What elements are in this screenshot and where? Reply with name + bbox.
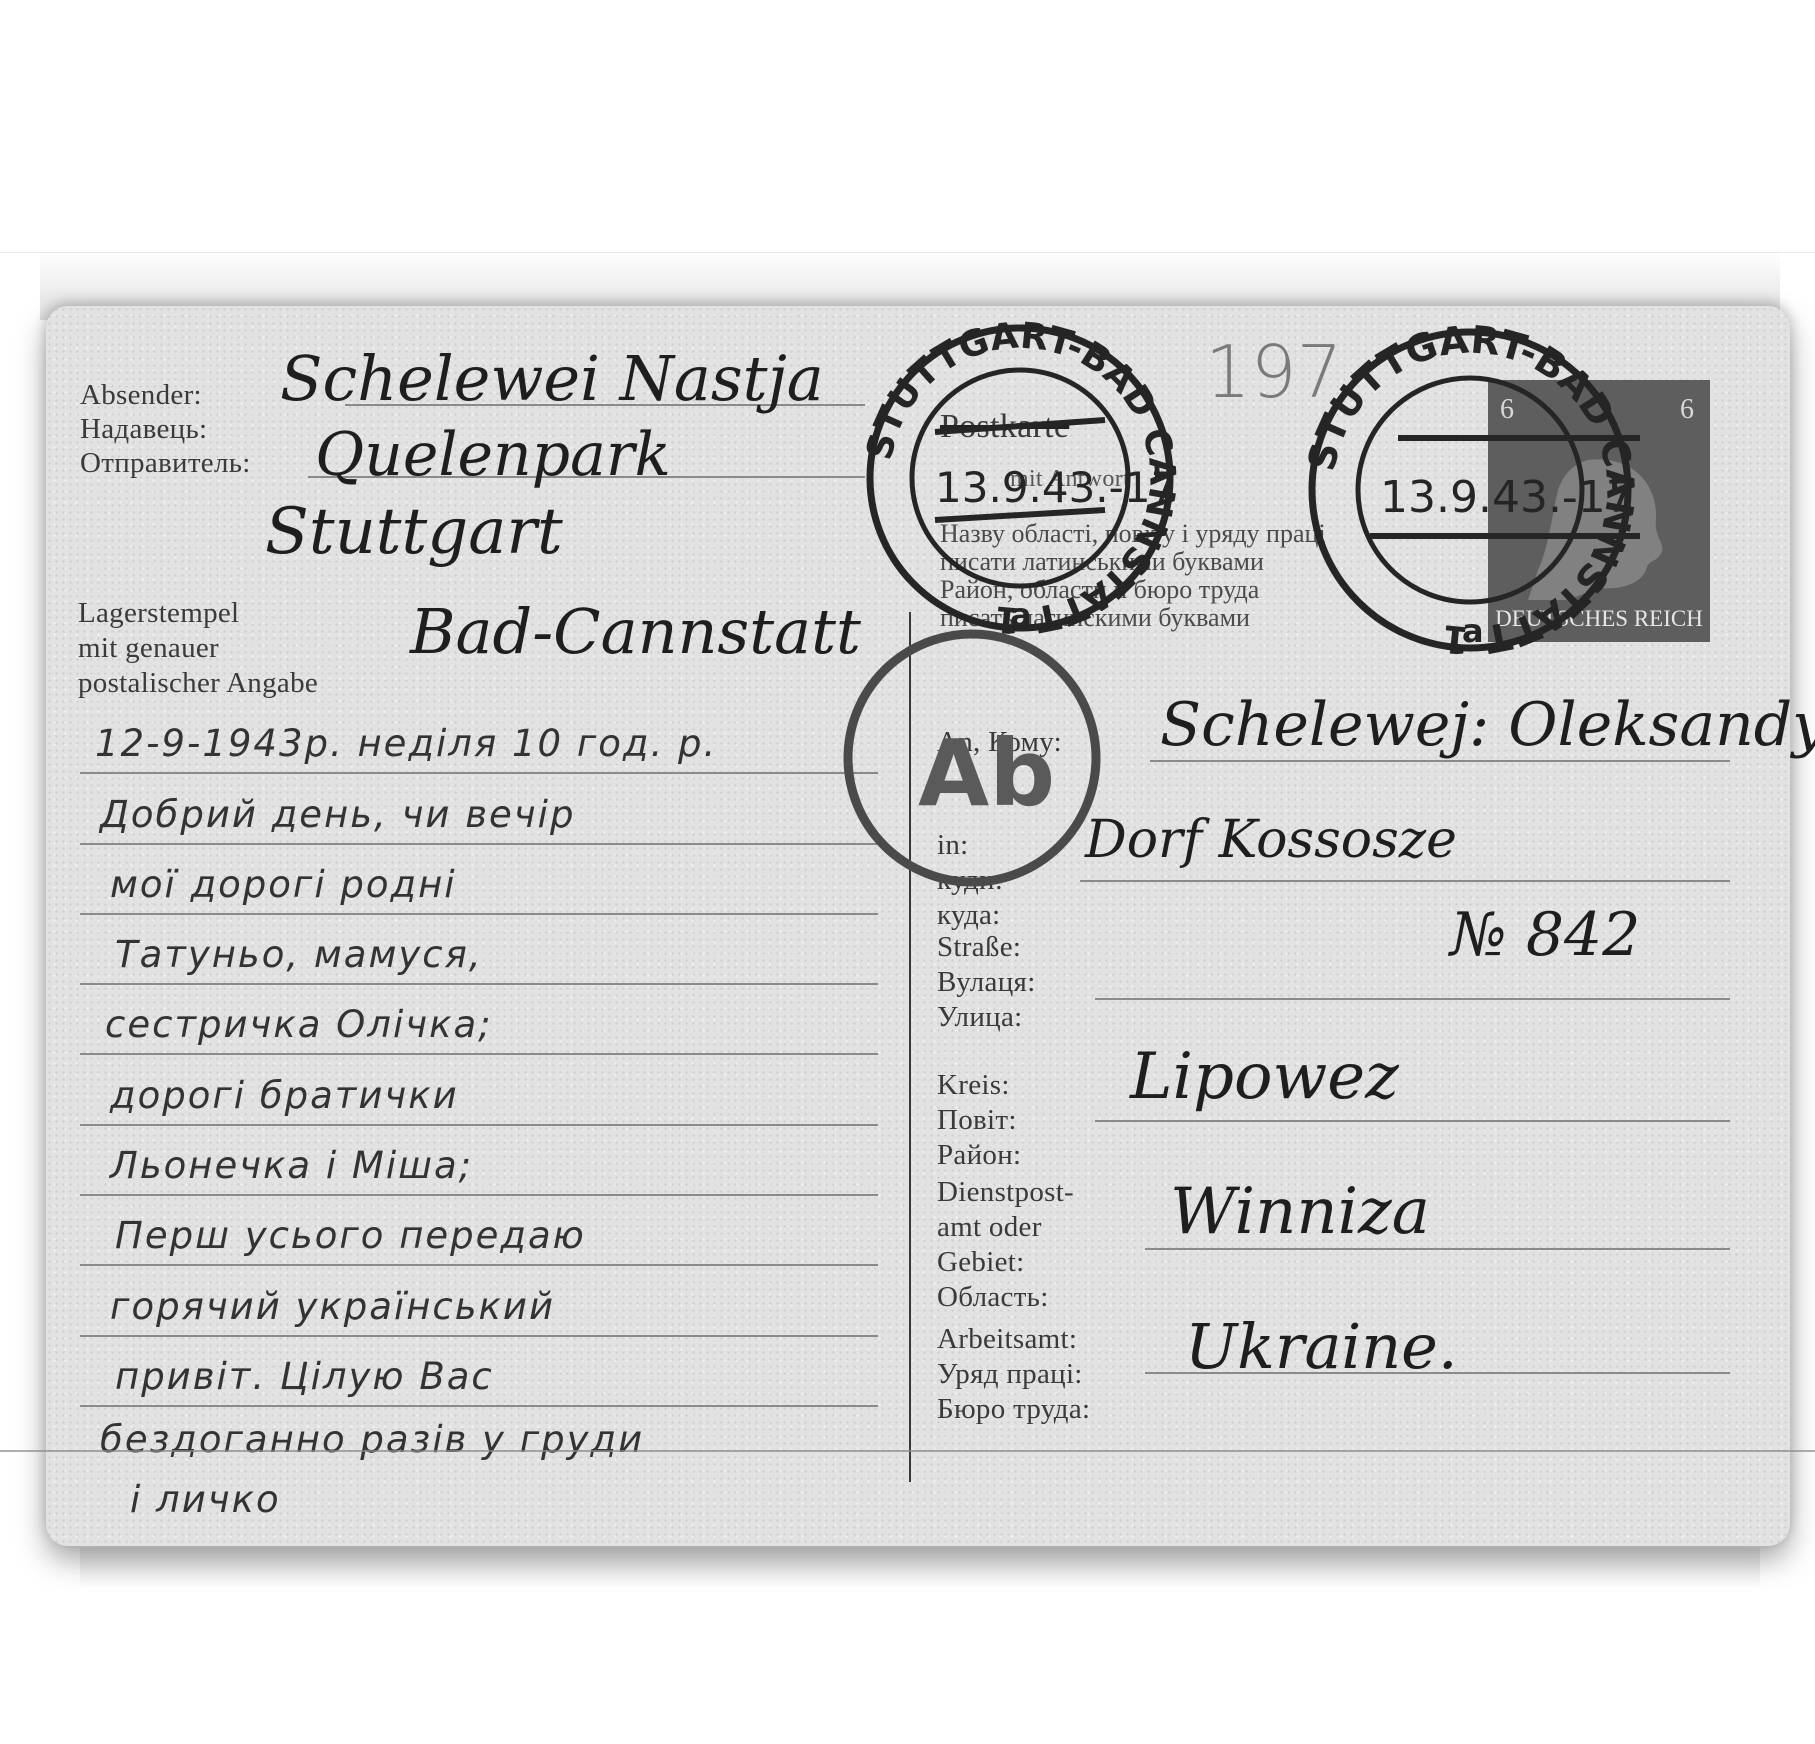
stamp-value-left: 6 — [1500, 394, 1514, 426]
sender-label-ua: Надавець: — [80, 412, 251, 446]
recipient-field-label: Область: — [937, 1280, 1074, 1315]
recipient-field-labels: Straße:Вулаця:Улица: — [937, 930, 1036, 1035]
archive-number: 197 — [1205, 330, 1342, 414]
message-line: сестричка Олічка; — [105, 1003, 493, 1046]
message-rule — [80, 772, 878, 774]
message-line: Добрий день, чи вечір — [100, 793, 575, 836]
postage-stamp: 6 6 DEUTSCHES REICH — [1488, 380, 1710, 642]
recipient-field-label: amt oder — [937, 1210, 1074, 1245]
message-line: 12-9-1943р. неділя 10 год. р. — [95, 722, 717, 765]
form-title-text: Postkarte — [940, 408, 1069, 445]
recipient-rule — [1150, 760, 1730, 762]
sender-address-line-1: Quelenpark — [315, 420, 671, 490]
form-title: Postkarte — [940, 410, 1069, 444]
recipient-field-label: куда: — [937, 898, 1003, 933]
instruction-line-1: Назву області, повіту і уряду праці — [940, 520, 1326, 548]
recipient-field-label: Вулаця: — [937, 965, 1036, 1000]
sender-labels: Absender: Надавець: Отправитель: — [80, 378, 251, 480]
stamp-inscription: DEUTSCHES REICH — [1494, 606, 1704, 632]
recipient-field-label: Kreis: — [937, 1068, 1021, 1103]
message-rule — [80, 1264, 878, 1266]
recipient-field-value: Ukraine. — [1185, 1310, 1458, 1383]
message-line: горячий український — [110, 1285, 555, 1328]
recipient-field-label: in: — [937, 828, 1003, 863]
recipient-field-labels: Dienstpost-amt oderGebiet:Область: — [937, 1175, 1074, 1315]
recipient-rule — [1095, 1120, 1730, 1122]
form-subtitle: mit Antwort — [1010, 462, 1130, 496]
instruction-line-2: писати латинськими буквами — [940, 548, 1326, 576]
message-rule — [80, 1335, 878, 1337]
sender-name: Schelewei Nastja — [280, 342, 824, 415]
recipient-field-value: Lipowez — [1130, 1040, 1399, 1114]
sender-address-line-2: Stuttgart — [265, 495, 563, 569]
recipient-field-labels: Arbeitsamt:Уряд праці:Бюро труда: — [937, 1322, 1090, 1427]
recipient-field-label: Arbeitsamt: — [937, 1322, 1090, 1357]
sender-label-de: Absender: — [80, 378, 251, 412]
message-rule — [80, 913, 878, 915]
recipient-field-labels: Kreis:Повіт:Район: — [937, 1068, 1021, 1173]
recipient-field-value: Winniza — [1170, 1175, 1430, 1249]
recipient-field-value: № 842 — [1450, 900, 1640, 970]
instruction-line-3: Район, области и бюро труда — [940, 576, 1326, 604]
camp-stamp-labels: Lagerstempel mit genauer postalischer An… — [78, 596, 318, 701]
card-bottom-shadow — [80, 1548, 1760, 1588]
message-rule — [80, 843, 878, 845]
scan-artifact-line — [0, 1450, 1815, 1452]
message-rule — [80, 1124, 878, 1126]
recipient-field-label: Повіт: — [937, 1103, 1021, 1138]
message-line: Перш усього передаю — [115, 1214, 586, 1257]
message-rule — [80, 983, 878, 985]
camp-stamp-label-3: postalischer Angabe — [78, 666, 318, 701]
message-rule — [80, 1194, 878, 1196]
recipient-field-labels: An, Кому: — [937, 725, 1062, 760]
recipient-field-label: Район: — [937, 1138, 1021, 1173]
card-divider — [909, 612, 911, 1482]
stamp-value-right: 6 — [1680, 394, 1694, 426]
recipient-field-label: Улица: — [937, 1000, 1036, 1035]
recipient-field-labels: in:куди:куда: — [937, 828, 1003, 933]
recipient-field-label: Straße: — [937, 930, 1036, 965]
recipient-rule — [1095, 998, 1730, 1000]
sender-label-ru: Отправитель: — [80, 446, 251, 480]
camp-stamp-label-1: Lagerstempel — [78, 596, 318, 631]
message-rule — [80, 1405, 878, 1407]
message-line: дорогі братички — [110, 1074, 459, 1117]
recipient-field-label: Gebiet: — [937, 1245, 1074, 1280]
recipient-field-value: Schelewej: Oleksandy — [1160, 690, 1815, 760]
recipient-rule — [1080, 880, 1730, 882]
message-line: привіт. Цілую Вас — [115, 1355, 494, 1398]
recipient-field-label: Dienstpost- — [937, 1175, 1074, 1210]
portrait-icon — [1528, 450, 1678, 600]
recipient-field-value: Dorf Kossosze — [1085, 810, 1457, 870]
message-line: бездоганно разів у груди — [100, 1418, 644, 1461]
message-line: Татуньо, мамуся, — [115, 933, 483, 976]
camp-stamp-label-2: mit genauer — [78, 631, 318, 666]
message-line: мої дорогі родні — [110, 863, 457, 906]
recipient-field-label: Бюро труда: — [937, 1392, 1090, 1427]
message-rule — [80, 1053, 878, 1055]
message-line: Льонечка і Міша; — [110, 1144, 473, 1187]
form-instructions: Назву області, повіту і уряду праці писа… — [940, 520, 1326, 632]
instruction-line-4: писать латинскими буквами — [940, 604, 1326, 632]
recipient-field-label: An, Кому: — [937, 725, 1062, 760]
recipient-field-label: Уряд праці: — [937, 1357, 1090, 1392]
sender-address-line-3: Bad-Cannstatt — [410, 595, 861, 668]
message-line: і личко — [130, 1478, 281, 1521]
recipient-field-label: куди: — [937, 863, 1003, 898]
